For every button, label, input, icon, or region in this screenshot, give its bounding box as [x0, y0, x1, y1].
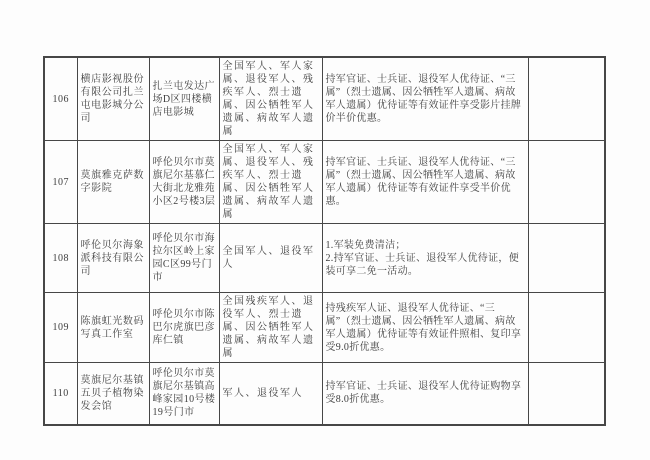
merchant-address: 呼伦贝尔市莫旗尼尔基镇高峰家园10号楼19号门市 [149, 363, 219, 425]
notes-cell [528, 57, 605, 141]
table-row: 106 横店影视股份有限公司扎兰屯电影城分公司 扎兰屯发达广场D区四楼横店电影城… [44, 57, 605, 141]
benefit-description: 持军官证、士兵证、退役军人优待证购物享受8.0折优惠。 [322, 363, 528, 425]
table-row: 109 陈旗虹光数码写真工作室 呼伦贝尔市陈巴尔虎旗巴彦库仁镇 全国残疾军人、退… [44, 293, 605, 363]
eligible-groups: 军人、退役军人 [219, 363, 322, 425]
eligible-groups: 全国军人、军人家属、退役军人、残疾军人、烈士遗属、因公牺牲军人遗属、病故军人遗属 [219, 57, 322, 141]
document-page: 106 横店影视股份有限公司扎兰屯电影城分公司 扎兰屯发达广场D区四楼横店电影城… [0, 0, 650, 460]
merchant-index: 108 [44, 224, 77, 293]
preferential-merchants-table: 106 横店影视股份有限公司扎兰屯电影城分公司 扎兰屯发达广场D区四楼横店电影城… [43, 56, 606, 426]
eligible-groups: 全国残疾军人、退役军人、烈士遗属、因公牺牲军人遗属、病故军人遗属 [219, 293, 322, 363]
merchant-name: 陈旗虹光数码写真工作室 [77, 293, 149, 363]
notes-cell [528, 224, 605, 293]
eligible-groups: 全国军人、军人家属、退役军人、残疾军人、烈士遗属、因公牺牲军人遗属、病故军人遗属 [219, 141, 322, 224]
merchant-index: 110 [44, 363, 77, 425]
table-row: 108 呼伦贝尔海象派科技有限公司 呼伦贝尔市海拉尔区岭上家园C区99号门市 全… [44, 224, 605, 293]
notes-cell [528, 293, 605, 363]
table-row: 107 莫旗雅克萨数字影院 呼伦贝尔市莫旗尼尔基慕仁大街北龙雅苑小区2号楼3层 … [44, 141, 605, 224]
notes-cell [528, 363, 605, 425]
merchant-name: 横店影视股份有限公司扎兰屯电影城分公司 [77, 57, 149, 141]
merchant-index: 106 [44, 57, 77, 141]
benefit-description: 1.军装免费清洁； 2.持军官证、士兵证、退役军人优待证，便装可享二免一活动。 [322, 224, 528, 293]
merchant-index: 107 [44, 141, 77, 224]
benefit-description: 持残疾军人证、退役军人优待证、“三属”（烈士遗属、因公牺牲军人遗属、病故军人遗属… [322, 293, 528, 363]
merchant-address: 呼伦贝尔市海拉尔区岭上家园C区99号门市 [149, 224, 219, 293]
merchant-address: 呼伦贝尔市陈巴尔虎旗巴彦库仁镇 [149, 293, 219, 363]
table-row: 110 莫旗尼尔基镇五贝子植物染发会馆 呼伦贝尔市莫旗尼尔基镇高峰家园10号楼1… [44, 363, 605, 425]
merchant-name: 呼伦贝尔海象派科技有限公司 [77, 224, 149, 293]
merchant-index: 109 [44, 293, 77, 363]
merchant-name: 莫旗雅克萨数字影院 [77, 141, 149, 224]
eligible-groups: 全国军人、退役军人 [219, 224, 322, 293]
merchant-name: 莫旗尼尔基镇五贝子植物染发会馆 [77, 363, 149, 425]
benefit-description: 持军官证、士兵证、退役军人优待证、“三属”（烈士遗属、因公牺牲军人遗属、病故军人… [322, 57, 528, 141]
benefit-description: 持军官证、士兵证、退役军人优待证、“三属”（烈士遗属、因公牺牲军人遗属、病故军人… [322, 141, 528, 224]
merchant-address: 呼伦贝尔市莫旗尼尔基慕仁大街北龙雅苑小区2号楼3层 [149, 141, 219, 224]
merchant-address: 扎兰屯发达广场D区四楼横店电影城 [149, 57, 219, 141]
notes-cell [528, 141, 605, 224]
